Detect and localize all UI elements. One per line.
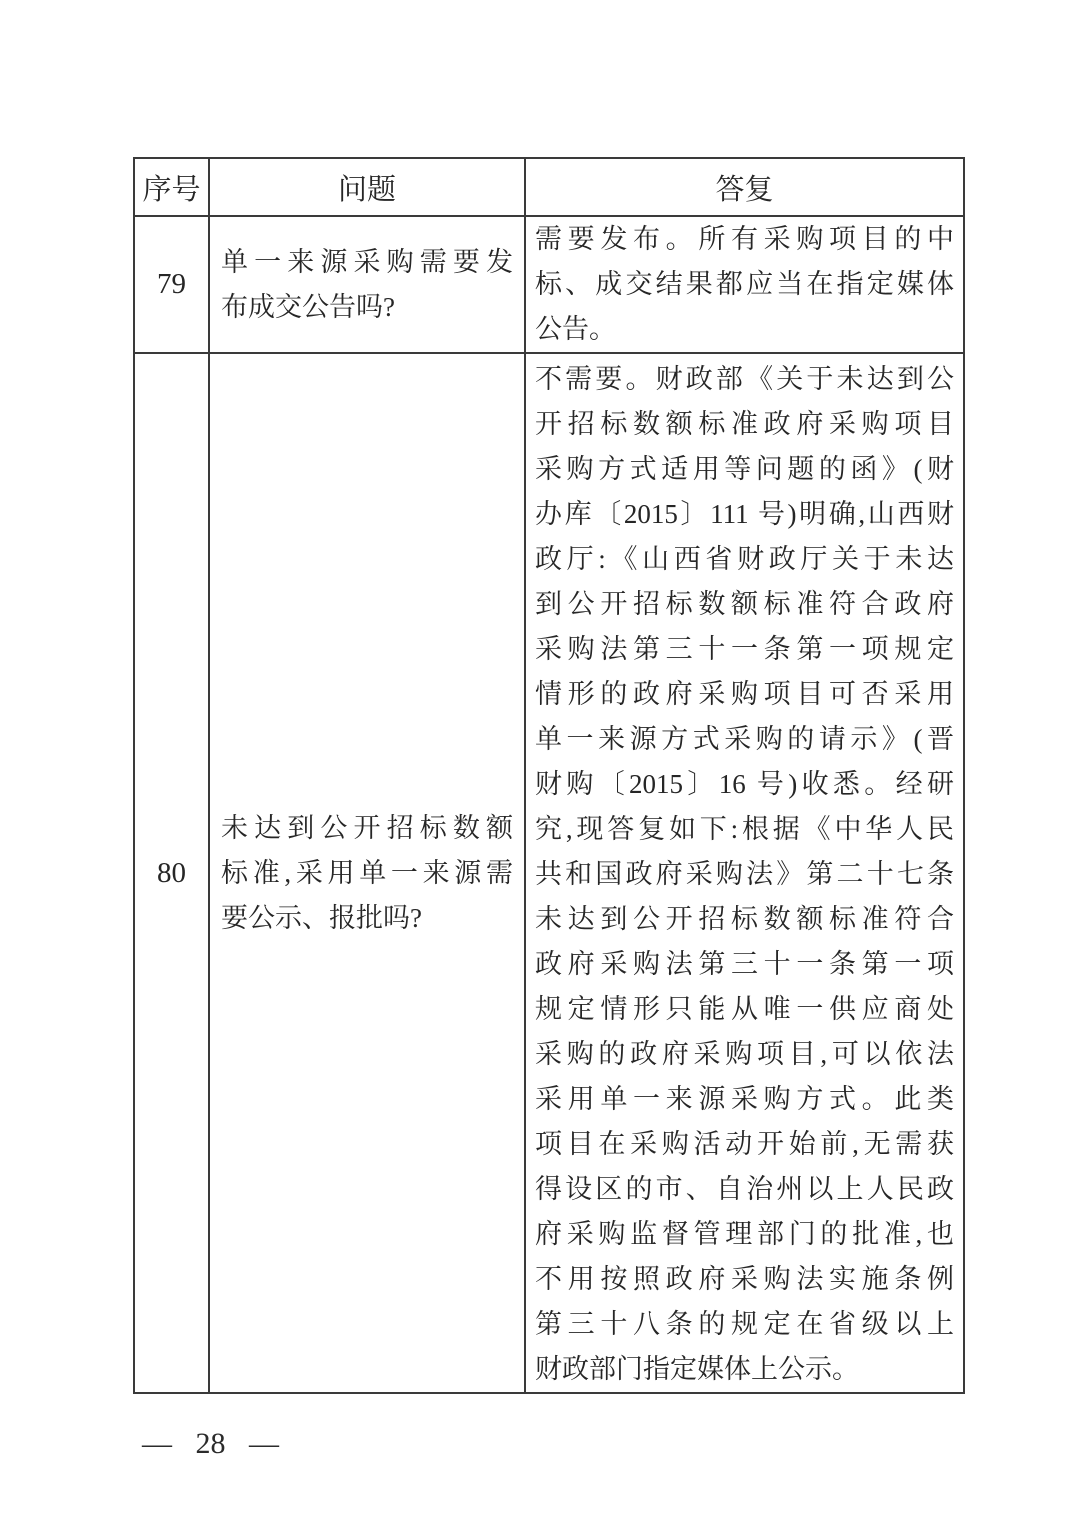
text-line: 采购的政府采购项目,可以依法: [535, 1032, 954, 1077]
serial-cell: 79: [134, 216, 209, 353]
text-line: 采购法第三十一条第一项规定: [535, 627, 954, 672]
text-line: 单一来源采购需要发: [221, 240, 513, 285]
text-line: 究,现答复如下:根据《中华人民: [535, 807, 954, 852]
text-line: 财政部门指定媒体上公示。: [535, 1347, 954, 1392]
text-line: 未达到公开招标数额标准符合: [535, 897, 954, 942]
text-line: 采购方式适用等问题的函》(财: [535, 447, 954, 492]
text-line: 项目在采购活动开始前,无需获: [535, 1122, 954, 1167]
text-line: 府采购监督管理部门的批准,也: [535, 1212, 954, 1257]
text-line: 标准,采用单一来源需: [221, 851, 513, 896]
text-line: 标、成交结果都应当在指定媒体: [535, 262, 954, 307]
table-row: 80 未达到公开招标数额标准,采用单一来源需要公示、报批吗? 不需要。财政部《关…: [134, 353, 964, 1393]
page-number-footer: — 28 —: [142, 1424, 279, 1464]
text-line: 办库〔2015〕111 号)明确,山西财: [535, 492, 954, 537]
text-line: 得设区的市、自治州以上人民政: [535, 1167, 954, 1212]
header-cell-question: 问题: [209, 158, 525, 216]
header-cell-answer: 答复: [525, 158, 964, 216]
text-line: 共和国政府采购法》第二十七条: [535, 852, 954, 897]
text-line: 到公开招标数额标准符合政府: [535, 582, 954, 627]
text-line: 情形的政府采购项目可否采用: [535, 672, 954, 717]
text-line: 政府采购法第三十一条第一项: [535, 942, 954, 987]
text-line: 政厅:《山西省财政厅关于未达: [535, 537, 954, 582]
text-line: 财购〔2015〕16 号)收悉。经研: [535, 762, 954, 807]
text-line: 单一来源方式采购的请示》(晋: [535, 717, 954, 762]
document-page: 序号 问题 答复 79 单一来源采购需要发布成交公告吗? 需要发布。所有采购项目…: [0, 0, 1092, 1535]
text-line: 开招标数额标准政府采购项目: [535, 402, 954, 447]
text-line: 采用单一来源采购方式。此类: [535, 1077, 954, 1122]
text-line: 未达到公开招标数额: [221, 806, 513, 851]
text-line: 第三十八条的规定在省级以上: [535, 1302, 954, 1347]
question-cell: 未达到公开招标数额标准,采用单一来源需要公示、报批吗?: [209, 353, 525, 1393]
serial-cell: 80: [134, 353, 209, 1393]
text-line: 需要发布。所有采购项目的中: [535, 217, 954, 262]
text-line: 不用按照政府采购法实施条例: [535, 1257, 954, 1302]
text-line: 布成交公告吗?: [221, 285, 513, 330]
question-cell: 单一来源采购需要发布成交公告吗?: [209, 216, 525, 353]
qa-table: 序号 问题 答复 79 单一来源采购需要发布成交公告吗? 需要发布。所有采购项目…: [133, 157, 965, 1394]
text-line: 规定情形只能从唯一供应商处: [535, 987, 954, 1032]
answer-cell: 不需要。财政部《关于未达到公开招标数额标准政府采购项目采购方式适用等问题的函》(…: [525, 353, 964, 1393]
answer-cell: 需要发布。所有采购项目的中标、成交结果都应当在指定媒体公告。: [525, 216, 964, 353]
text-line: 要公示、报批吗?: [221, 896, 513, 941]
header-cell-serial: 序号: [134, 158, 209, 216]
table-header-row: 序号 问题 答复: [134, 158, 964, 216]
table-row: 79 单一来源采购需要发布成交公告吗? 需要发布。所有采购项目的中标、成交结果都…: [134, 216, 964, 353]
text-line: 公告。: [535, 307, 954, 352]
text-line: 不需要。财政部《关于未达到公: [535, 357, 954, 402]
